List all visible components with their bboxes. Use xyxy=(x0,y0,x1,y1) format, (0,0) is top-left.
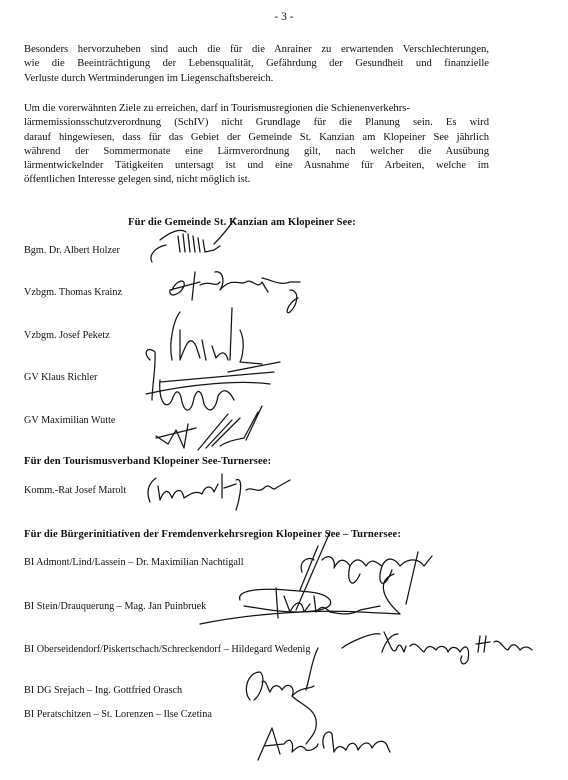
signer-name: Bgm. Dr. Albert Holzer xyxy=(24,245,120,256)
signature-puinbruek xyxy=(200,574,400,624)
document-page: - 3 - Besonders hervorzuheben sind auch … xyxy=(0,0,568,780)
paragraph-line: lärmemissionsschutzverordnung (SchIV) ni… xyxy=(24,116,489,130)
signer-name: GV Maximilian Wutte xyxy=(24,415,115,426)
signature-wutte xyxy=(156,406,262,450)
paragraph-noise-regulation: Um die vorerwähnten Ziele zu erreichen, … xyxy=(24,102,489,188)
signature-group-heading: Für die Gemeinde St. Kanzian am Klopeine… xyxy=(128,217,356,228)
paragraph-line: Besonders hervorzuheben sind auch die fü… xyxy=(24,43,489,57)
signature-nachtigall xyxy=(296,532,432,610)
paragraph-line: darauf hingewiesen, dass für das Gebiet … xyxy=(24,131,489,145)
paragraph-impacts: Besonders hervorzuheben sind auch die fü… xyxy=(24,43,489,86)
signer-name: BI Oberseidendorf/Piskertschach/Schrecke… xyxy=(24,644,310,655)
signer-name: GV Klaus Richler xyxy=(24,372,97,383)
signer-name: Komm.-Rat Josef Marolt xyxy=(24,485,126,496)
signature-richler xyxy=(146,350,274,411)
signature-czetina xyxy=(258,728,390,760)
paragraph-line: während der Sommermonate eine Lärmverord… xyxy=(24,145,489,159)
signature-wedenig xyxy=(306,632,532,690)
signature-krainz xyxy=(170,272,300,313)
signature-group-heading: Für den Tourismusverband Klopeiner See-T… xyxy=(24,456,271,467)
signature-group-heading: Für die Bürgerinitiativen der Fremdenver… xyxy=(24,529,401,540)
signer-name: BI Stein/Drauquerung – Mag. Jan Puinbrue… xyxy=(24,601,206,612)
paragraph-line: Um die vorerwähnten Ziele zu erreichen, … xyxy=(24,102,489,116)
paragraph-line: lärmentwickelnder Tätigkeiten untersagt … xyxy=(24,159,489,173)
paragraph-line: wie die Beeinträchtigung der Lebensquali… xyxy=(24,57,489,71)
signer-name: Vzbgm. Thomas Krainz xyxy=(24,287,122,298)
page-number: - 3 - xyxy=(0,11,568,23)
signer-name: Vzbgm. Josef Peketz xyxy=(24,330,110,341)
signer-name: BI DG Srejach – Ing. Gottfried Orasch xyxy=(24,685,182,696)
signature-peketz xyxy=(171,308,280,372)
signer-name: BI Peratschitzen – St. Lorenzen – Ilse C… xyxy=(24,709,212,720)
paragraph-line: Verluste durch Wertminderungen im Liegen… xyxy=(24,72,489,86)
signature-orasch xyxy=(246,672,316,744)
signature-marolt xyxy=(148,474,290,510)
signer-name: BI Admont/Lind/Lassein – Dr. Maximilian … xyxy=(24,557,244,568)
paragraph-line: öffentlichen Interesse gelegen sind, nic… xyxy=(24,173,489,187)
